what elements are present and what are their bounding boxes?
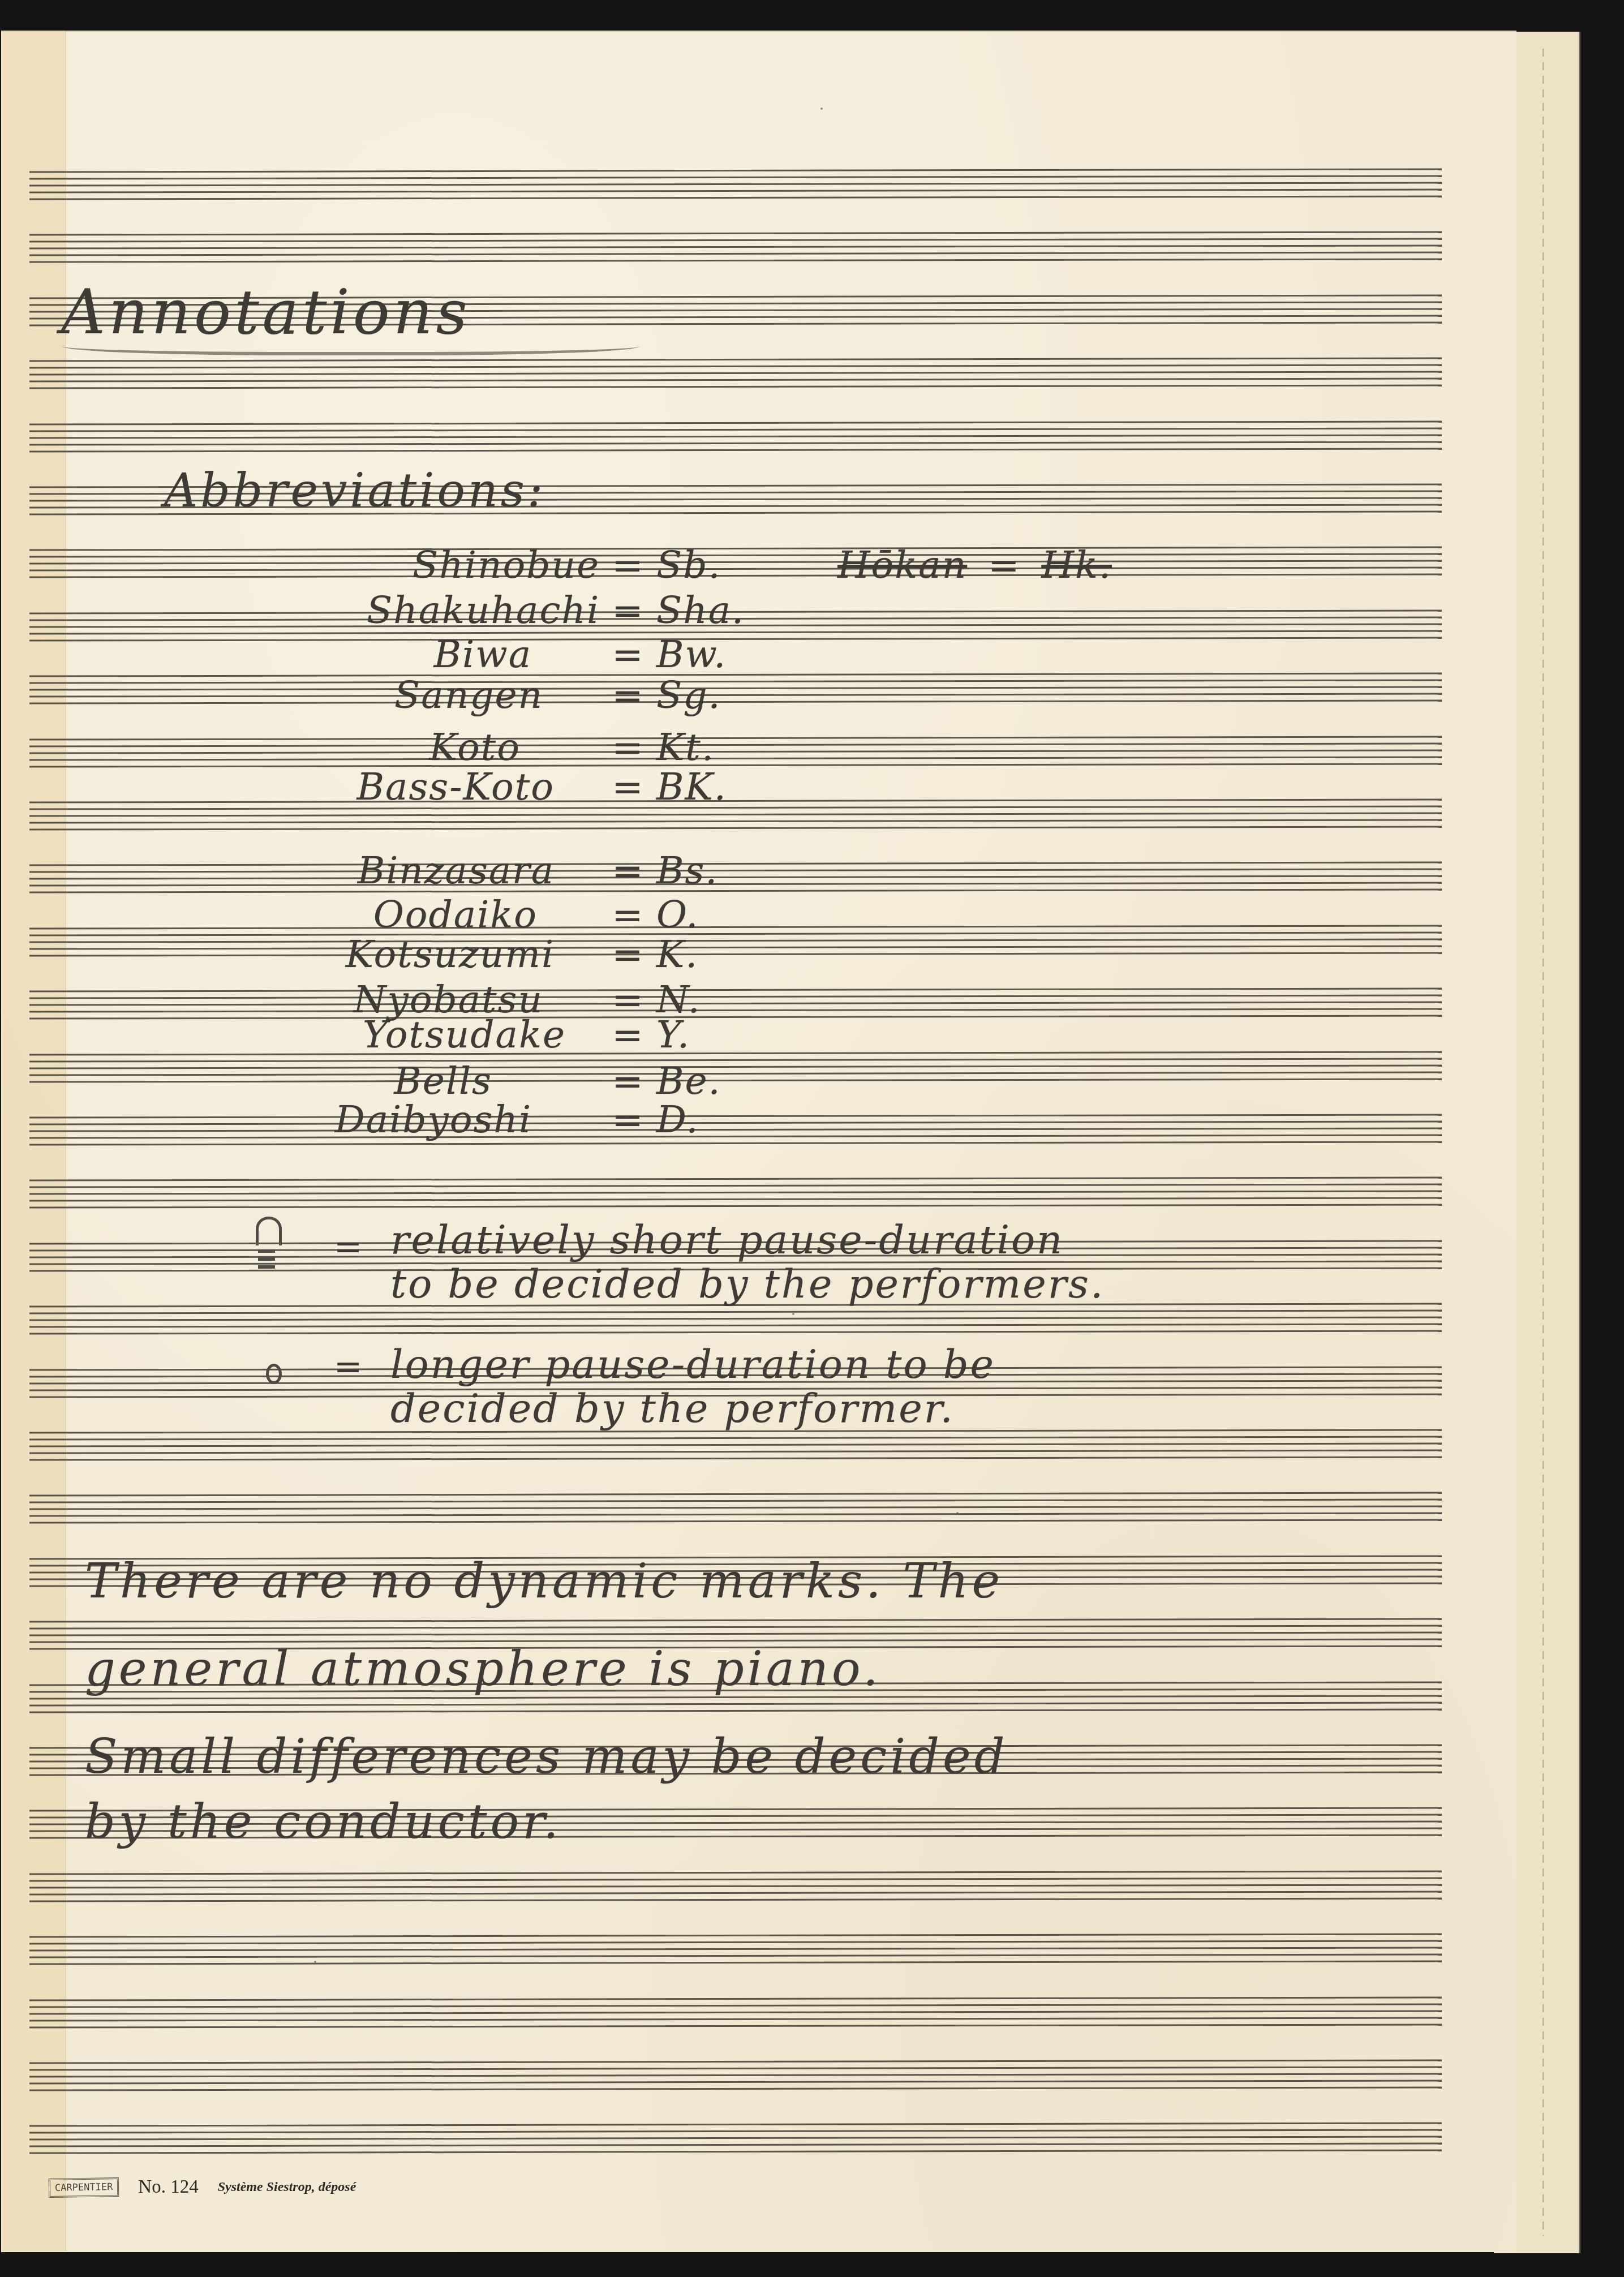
short-pause-definition-line-1: relatively short pause-duration xyxy=(390,1217,1064,1263)
equals-sign: = xyxy=(611,673,645,717)
instrument-name: Shinobue xyxy=(215,543,600,587)
abbreviation-row: Shinobue = Sb. xyxy=(0,543,849,588)
abbreviation-code: Kt. xyxy=(656,725,715,769)
paper-speck xyxy=(956,1512,959,1514)
abbreviation-code: Bs. xyxy=(656,849,718,892)
paper-imprint: CARPENTIER No. 124 Système Siestrop, dép… xyxy=(49,2177,356,2198)
instrument-name: Daibyoshi xyxy=(147,1098,532,1141)
equals-sign: = xyxy=(611,893,645,936)
abbreviation-row: Binzasara = Bs. xyxy=(0,849,849,894)
equals-sign: = xyxy=(611,1059,645,1103)
staff xyxy=(29,1933,1442,1965)
paper-speck xyxy=(792,1313,794,1315)
instrument-name: Bass-Koto xyxy=(170,765,555,809)
staff xyxy=(29,2059,1442,2091)
staff xyxy=(29,1176,1442,1209)
note-line-3: Small differences may be decided xyxy=(85,1729,1008,1784)
staff xyxy=(29,420,1442,453)
equals-sign: = xyxy=(988,543,1020,587)
note-line-2: general atmosphere is piano. xyxy=(85,1641,882,1696)
abbreviation-row: Biwa = Bw. xyxy=(0,633,849,678)
fermata-bars xyxy=(258,1249,275,1272)
abbreviation-code: K. xyxy=(656,933,698,976)
equals-sign: = xyxy=(334,1347,363,1386)
paper-number: No. 124 xyxy=(138,2177,198,2198)
equals-sign: = xyxy=(611,765,645,809)
abbreviation-row: Shakuhachi = Sha. xyxy=(0,588,849,634)
abbreviation-code: BK. xyxy=(656,765,727,809)
abbreviation-row: Sangen = Sg. xyxy=(0,673,849,719)
equals-sign: = xyxy=(611,588,645,632)
equals-sign: = xyxy=(611,1098,645,1141)
abbreviation-code: D. xyxy=(656,1098,699,1141)
abbreviation-code: Sb. xyxy=(656,543,721,587)
crossed-out-instrument: Hōkan xyxy=(837,543,967,587)
equals-sign: = xyxy=(334,1227,363,1266)
paper-speck xyxy=(820,108,823,110)
abbreviation-row: Yotsudake = Y. xyxy=(0,1013,849,1058)
short-fermata-icon xyxy=(254,1217,281,1279)
staff xyxy=(29,357,1442,389)
note-line-4: by the conductor. xyxy=(85,1794,562,1849)
staff xyxy=(29,1996,1442,2029)
system-text: Système Siestrop, déposé xyxy=(218,2180,356,2195)
staff xyxy=(29,1492,1442,1524)
staff xyxy=(29,168,1442,200)
equals-sign: = xyxy=(611,633,645,676)
abbreviation-code: Be. xyxy=(656,1059,721,1103)
instrument-name: Koto xyxy=(136,725,521,769)
equals-sign: = xyxy=(611,849,645,892)
crossed-out-abbreviation: Hōkan = Hk. xyxy=(837,543,1234,588)
instrument-name: Yotsudake xyxy=(181,1013,566,1056)
staff xyxy=(29,1870,1442,1902)
instrument-name: Kotsuzumi xyxy=(170,933,555,976)
instrument-name: Bells xyxy=(108,1059,492,1103)
abbreviation-code: O. xyxy=(656,893,699,936)
fermata-arc xyxy=(256,1217,282,1245)
long-pause-definition-line-1: longer pause-duration to be xyxy=(390,1341,995,1387)
abbreviation-row: Daibyoshi = D. xyxy=(0,1098,849,1143)
staff xyxy=(29,231,1442,263)
abbreviation-code: Sg. xyxy=(656,673,721,717)
abbreviation-row: Koto = Kt. xyxy=(0,725,849,771)
equals-sign: = xyxy=(611,933,645,976)
instrument-name: Biwa xyxy=(147,633,532,676)
instrument-name: Oodaiko xyxy=(153,893,538,936)
abbreviation-row: Kotsuzumi = K. xyxy=(0,933,849,978)
staff xyxy=(29,1303,1442,1335)
instrument-name: Sangen xyxy=(158,673,543,717)
staff xyxy=(29,2122,1442,2154)
abbreviation-code: Bw. xyxy=(656,633,727,676)
equals-sign: = xyxy=(611,725,645,769)
abbreviations-heading: Abbreviations: xyxy=(164,464,545,518)
abbreviation-row: Bass-Koto = BK. xyxy=(0,765,849,810)
note-line-1: There are no dynamic marks. The xyxy=(85,1553,1003,1609)
staff xyxy=(29,1429,1442,1461)
abbreviation-code: Sha. xyxy=(656,588,745,632)
abbreviation-code: Y. xyxy=(656,1013,690,1056)
publisher-stamp: CARPENTIER xyxy=(49,2177,119,2197)
equals-sign: = xyxy=(611,1013,645,1056)
long-pause-definition-line-2: decided by the performer. xyxy=(390,1385,955,1432)
abbreviation-row: Oodaiko = O. xyxy=(0,893,849,938)
open-circle-icon xyxy=(266,1364,282,1384)
equals-sign: = xyxy=(611,543,645,587)
crossed-out-code: Hk. xyxy=(1041,543,1112,587)
page-title: Annotations xyxy=(61,277,471,348)
instrument-name: Binzasara xyxy=(170,849,555,892)
short-pause-definition-line-2: to be decided by the performers. xyxy=(390,1261,1105,1307)
paper-speck xyxy=(314,1961,316,1963)
instrument-name: Shakuhachi xyxy=(215,588,600,632)
